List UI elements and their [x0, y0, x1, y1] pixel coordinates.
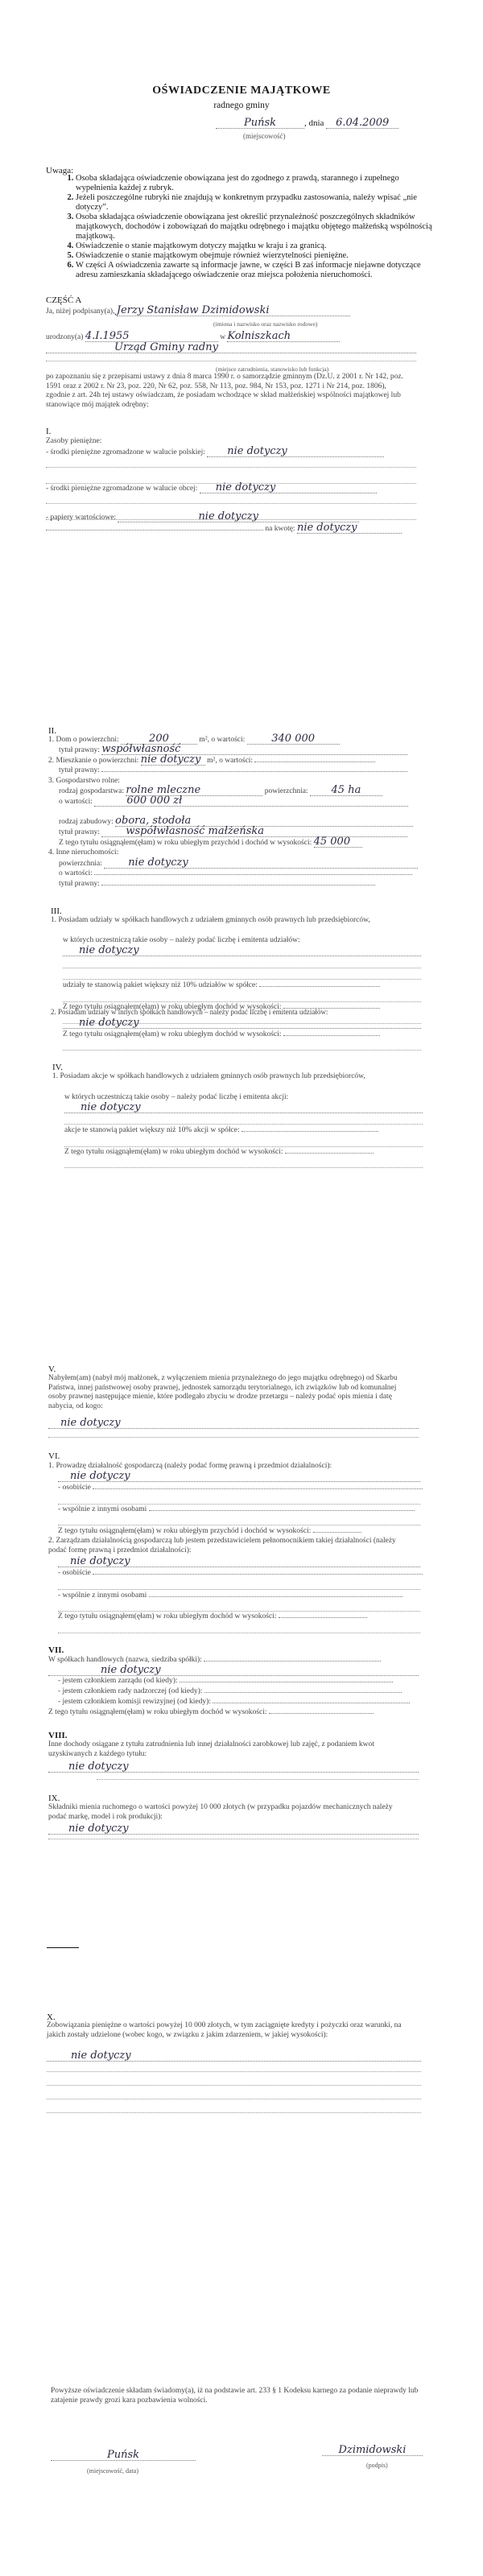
s5-text: Nabyłem(am) (nabył mój małżonek, z wyłąc… — [48, 1374, 407, 1411]
signature-caption: (podpis) — [366, 2460, 388, 2471]
cash-label: Zasoby pieniężne: — [46, 436, 101, 446]
s7-board-field[interactable] — [180, 1682, 393, 1682]
farm-type-label: rodzaj gospodarstwa: — [59, 787, 124, 795]
other-title-label: tytuł prawny: — [59, 880, 100, 888]
s4-q1-value-field[interactable]: nie dotyczy — [64, 1103, 423, 1113]
flat-title-field[interactable] — [101, 771, 407, 772]
s4-q1-income-field[interactable] — [285, 1153, 374, 1154]
date-prefix: , dnia — [304, 118, 324, 128]
document-title: OŚWIADCZENIE MAJĄTKOWE — [0, 85, 483, 96]
s6-q1-value-field[interactable]: nie dotyczy — [58, 1472, 420, 1482]
s6-q1-income-field[interactable] — [313, 1532, 361, 1533]
signed-name-field[interactable]: Jerzy Stanisław Dzimidowski — [117, 306, 350, 316]
flat-unit: m², o wartości: — [207, 757, 253, 765]
signature-field[interactable]: Dzimidowski — [322, 2446, 423, 2456]
s6-q1-income: Z tego tytułu osiągnąłem(ęłam) w roku ub… — [58, 1527, 311, 1535]
s7-supervisory-label: - jestem członkiem rady nadzorczej (od k… — [58, 1687, 202, 1695]
flat-label: 2. Mieszkanie o powierzchni: — [48, 757, 138, 765]
s6-q2-income-field[interactable] — [279, 1617, 367, 1618]
s7-supervisory-field[interactable] — [204, 1692, 402, 1693]
name-caption: (imiona i nazwisko oraz nazwisko rodowe) — [213, 319, 317, 329]
s4-q1-text: 1. Posiadam akcje w spółkach handlowych … — [52, 1072, 390, 1082]
place-caption: (miejscowość) — [243, 131, 285, 142]
place-date-caption: (miejscowość, data) — [87, 2466, 138, 2476]
employment-field[interactable]: Urząd Gminy radny — [46, 343, 416, 353]
note-item: Jeżeli poszczególne rubryki nie znajdują… — [76, 193, 438, 213]
s7-income-label: Z tego tytułu osiągnąłem(ęłam) w roku ub… — [48, 1708, 267, 1716]
s6-personally-label: - osobiście — [58, 1484, 91, 1492]
s7-income-field[interactable] — [269, 1713, 374, 1714]
other-value-label: o wartości: — [59, 869, 93, 877]
footnote-rule — [47, 1947, 79, 1948]
farm-value-field[interactable]: 600 000 zł — [94, 796, 408, 807]
foreign-label: - środki pieniężne zgromadzone w walucie… — [46, 485, 197, 493]
s9-value-field[interactable]: nie dotyczy — [48, 1824, 419, 1835]
s7-audit-field[interactable] — [213, 1703, 410, 1703]
other-area-field[interactable]: nie dotyczy — [104, 858, 418, 869]
house-title-label: tytuł prawny: — [59, 746, 100, 754]
pln-label: - środki pieniężne zgromadzone w walucie… — [46, 448, 205, 456]
signed-label: Ja, niżej podpisany(a), — [46, 308, 114, 316]
s3-q2-text: 2. Posiadam udziały w innych spółkach ha… — [51, 1007, 328, 1017]
note-item: Osoba składająca oświadczenie obowiązana… — [76, 213, 438, 242]
s3-q1-value-field[interactable]: nie dotyczy — [63, 946, 421, 956]
farm-label: 3. Gospodarstwo rolne: — [48, 776, 120, 786]
other-value-field[interactable] — [94, 874, 412, 875]
s10-text: Zobowiązania pieniężne o wartości powyże… — [47, 2021, 421, 2040]
flat-title-label: tytuł prawny: — [59, 766, 100, 774]
s7-label: W spółkach handlowych (nazwa, siedziba s… — [48, 1656, 202, 1664]
farm-income-field[interactable]: 45 000 — [314, 837, 362, 848]
other-title-field[interactable] — [101, 885, 375, 885]
s5-value-field[interactable]: nie dotyczy — [48, 1418, 419, 1429]
s6-q2-value-field[interactable]: nie dotyczy — [58, 1557, 420, 1567]
s6-q2-jointly-field[interactable] — [149, 1596, 402, 1597]
securities-label: - papiery wartościowe: — [46, 514, 116, 522]
s4-q1-income: Z tego tytułu osiągnąłem(ęłam) w roku ub… — [64, 1148, 283, 1156]
flat-value-field[interactable] — [254, 762, 375, 762]
document-subtitle: radnego gminy — [0, 101, 483, 111]
place-value: Puńsk — [216, 118, 304, 129]
s4-q1-pct-field[interactable] — [242, 1131, 378, 1132]
date-value: 6.04.2009 — [326, 118, 398, 129]
farm-area-field[interactable]: 45 ha — [310, 786, 382, 796]
note-item: Oświadczenie o stanie majątkowym obejmuj… — [76, 251, 438, 261]
s6-jointly-label: - wspólnie z innymi osobami — [58, 1505, 147, 1513]
s6-jointly-field[interactable] — [149, 1510, 415, 1511]
s4-q1-pct: akcje te stanowią pakiet większy niż 10%… — [64, 1126, 240, 1134]
other-area-label: powierzchnia: — [59, 860, 102, 868]
house-area-unit: m², o wartości: — [199, 736, 245, 744]
s3-q2-value-field[interactable]: nie dotyczy — [63, 1018, 421, 1029]
s9-text: Składniki mienia ruchomego o wartości po… — [48, 1803, 394, 1822]
farm-area-label: powierzchnia: — [265, 787, 308, 795]
born-place-field[interactable]: Kolniszkach — [227, 332, 340, 342]
pln-value-field[interactable]: nie dotyczy — [207, 447, 384, 457]
s3-q2-income: Z tego tytułu osiągnąłem(ęłam) w roku ub… — [63, 1030, 282, 1038]
s6-q2-text: 2. Zarządzam działalnością gospodarczą l… — [48, 1537, 415, 1555]
place-date-line: Puńsk, dnia 6.04.2009 — [216, 118, 398, 129]
statement-text: po zapoznaniu się z przepisami ustawy z … — [46, 373, 408, 410]
other-property-label: 4. Inne nieruchomości: — [48, 848, 118, 857]
buildings-label: rodzaj zabudowy: — [59, 818, 114, 826]
amount-value-field[interactable]: nie dotyczy — [297, 523, 402, 534]
s3-q2-income-field[interactable] — [283, 1035, 380, 1036]
part-a-heading: CZĘŚĆ A — [46, 295, 81, 306]
amount-label: na kwotę: — [265, 525, 295, 533]
s7-value-field[interactable]: nie dotyczy — [48, 1666, 419, 1676]
s8-value-field[interactable]: nie dotyczy — [48, 1762, 419, 1773]
notes-list: Osoba składająca oświadczenie obowiązana… — [56, 174, 438, 280]
declaration-text: Powyższe oświadczenie składam świadomy(a… — [51, 2387, 421, 2405]
farm-value-label: o wartości: — [59, 798, 93, 806]
s6-personally-field[interactable] — [93, 1488, 423, 1489]
farm-title-label: tytuł prawny: — [59, 828, 100, 836]
s7-company-field[interactable] — [204, 1661, 381, 1662]
s8-text: Inne dochody osiągane z tytułu zatrudnie… — [48, 1740, 394, 1759]
s6-q2-jointly-label: - wspólnie z innymi osobami — [58, 1591, 147, 1600]
foreign-value-field[interactable]: nie dotyczy — [200, 483, 377, 493]
flat-area-field[interactable]: nie dotyczy — [141, 755, 205, 766]
s10-value-field[interactable]: nie dotyczy — [47, 2051, 421, 2062]
s6-q2-personally-field[interactable] — [93, 1574, 423, 1575]
farm-title-field[interactable]: współwłasność małżeńska — [101, 827, 407, 837]
s7-board-label: - jestem członkiem zarządu (od kiedy): — [58, 1677, 178, 1685]
s3-q1-pct-field[interactable] — [259, 986, 380, 987]
s6-q2-income: Z tego tytułu osiągnąłem(ęłam) w roku ub… — [58, 1612, 277, 1620]
place-date-field[interactable]: Puńsk — [51, 2450, 196, 2461]
house-value-field[interactable]: 340 000 — [247, 734, 340, 745]
note-item: Osoba składająca oświadczenie obowiązana… — [76, 174, 438, 193]
farm-income-label: Z tego tytułu osiągnąłem(ęłam) w roku ub… — [59, 839, 312, 847]
s3-q1-text: 1. Posiadam udziały w spółkach handlowyc… — [51, 916, 389, 926]
born-label: urodzony(a) — [46, 333, 83, 341]
note-item: Oświadczenie o stanie majątkowym dotyczy… — [76, 242, 438, 251]
s3-q1-pct: udziały te stanowią pakiet większy niż 1… — [63, 981, 258, 989]
s6-q2-personally-label: - osobiście — [58, 1569, 91, 1577]
note-item: W części A oświadczenia zawarte są infor… — [76, 261, 438, 280]
born-in-label: w — [220, 333, 225, 341]
s7-audit-label: - jestem członkiem komisji rewizyjnej (o… — [58, 1698, 211, 1706]
